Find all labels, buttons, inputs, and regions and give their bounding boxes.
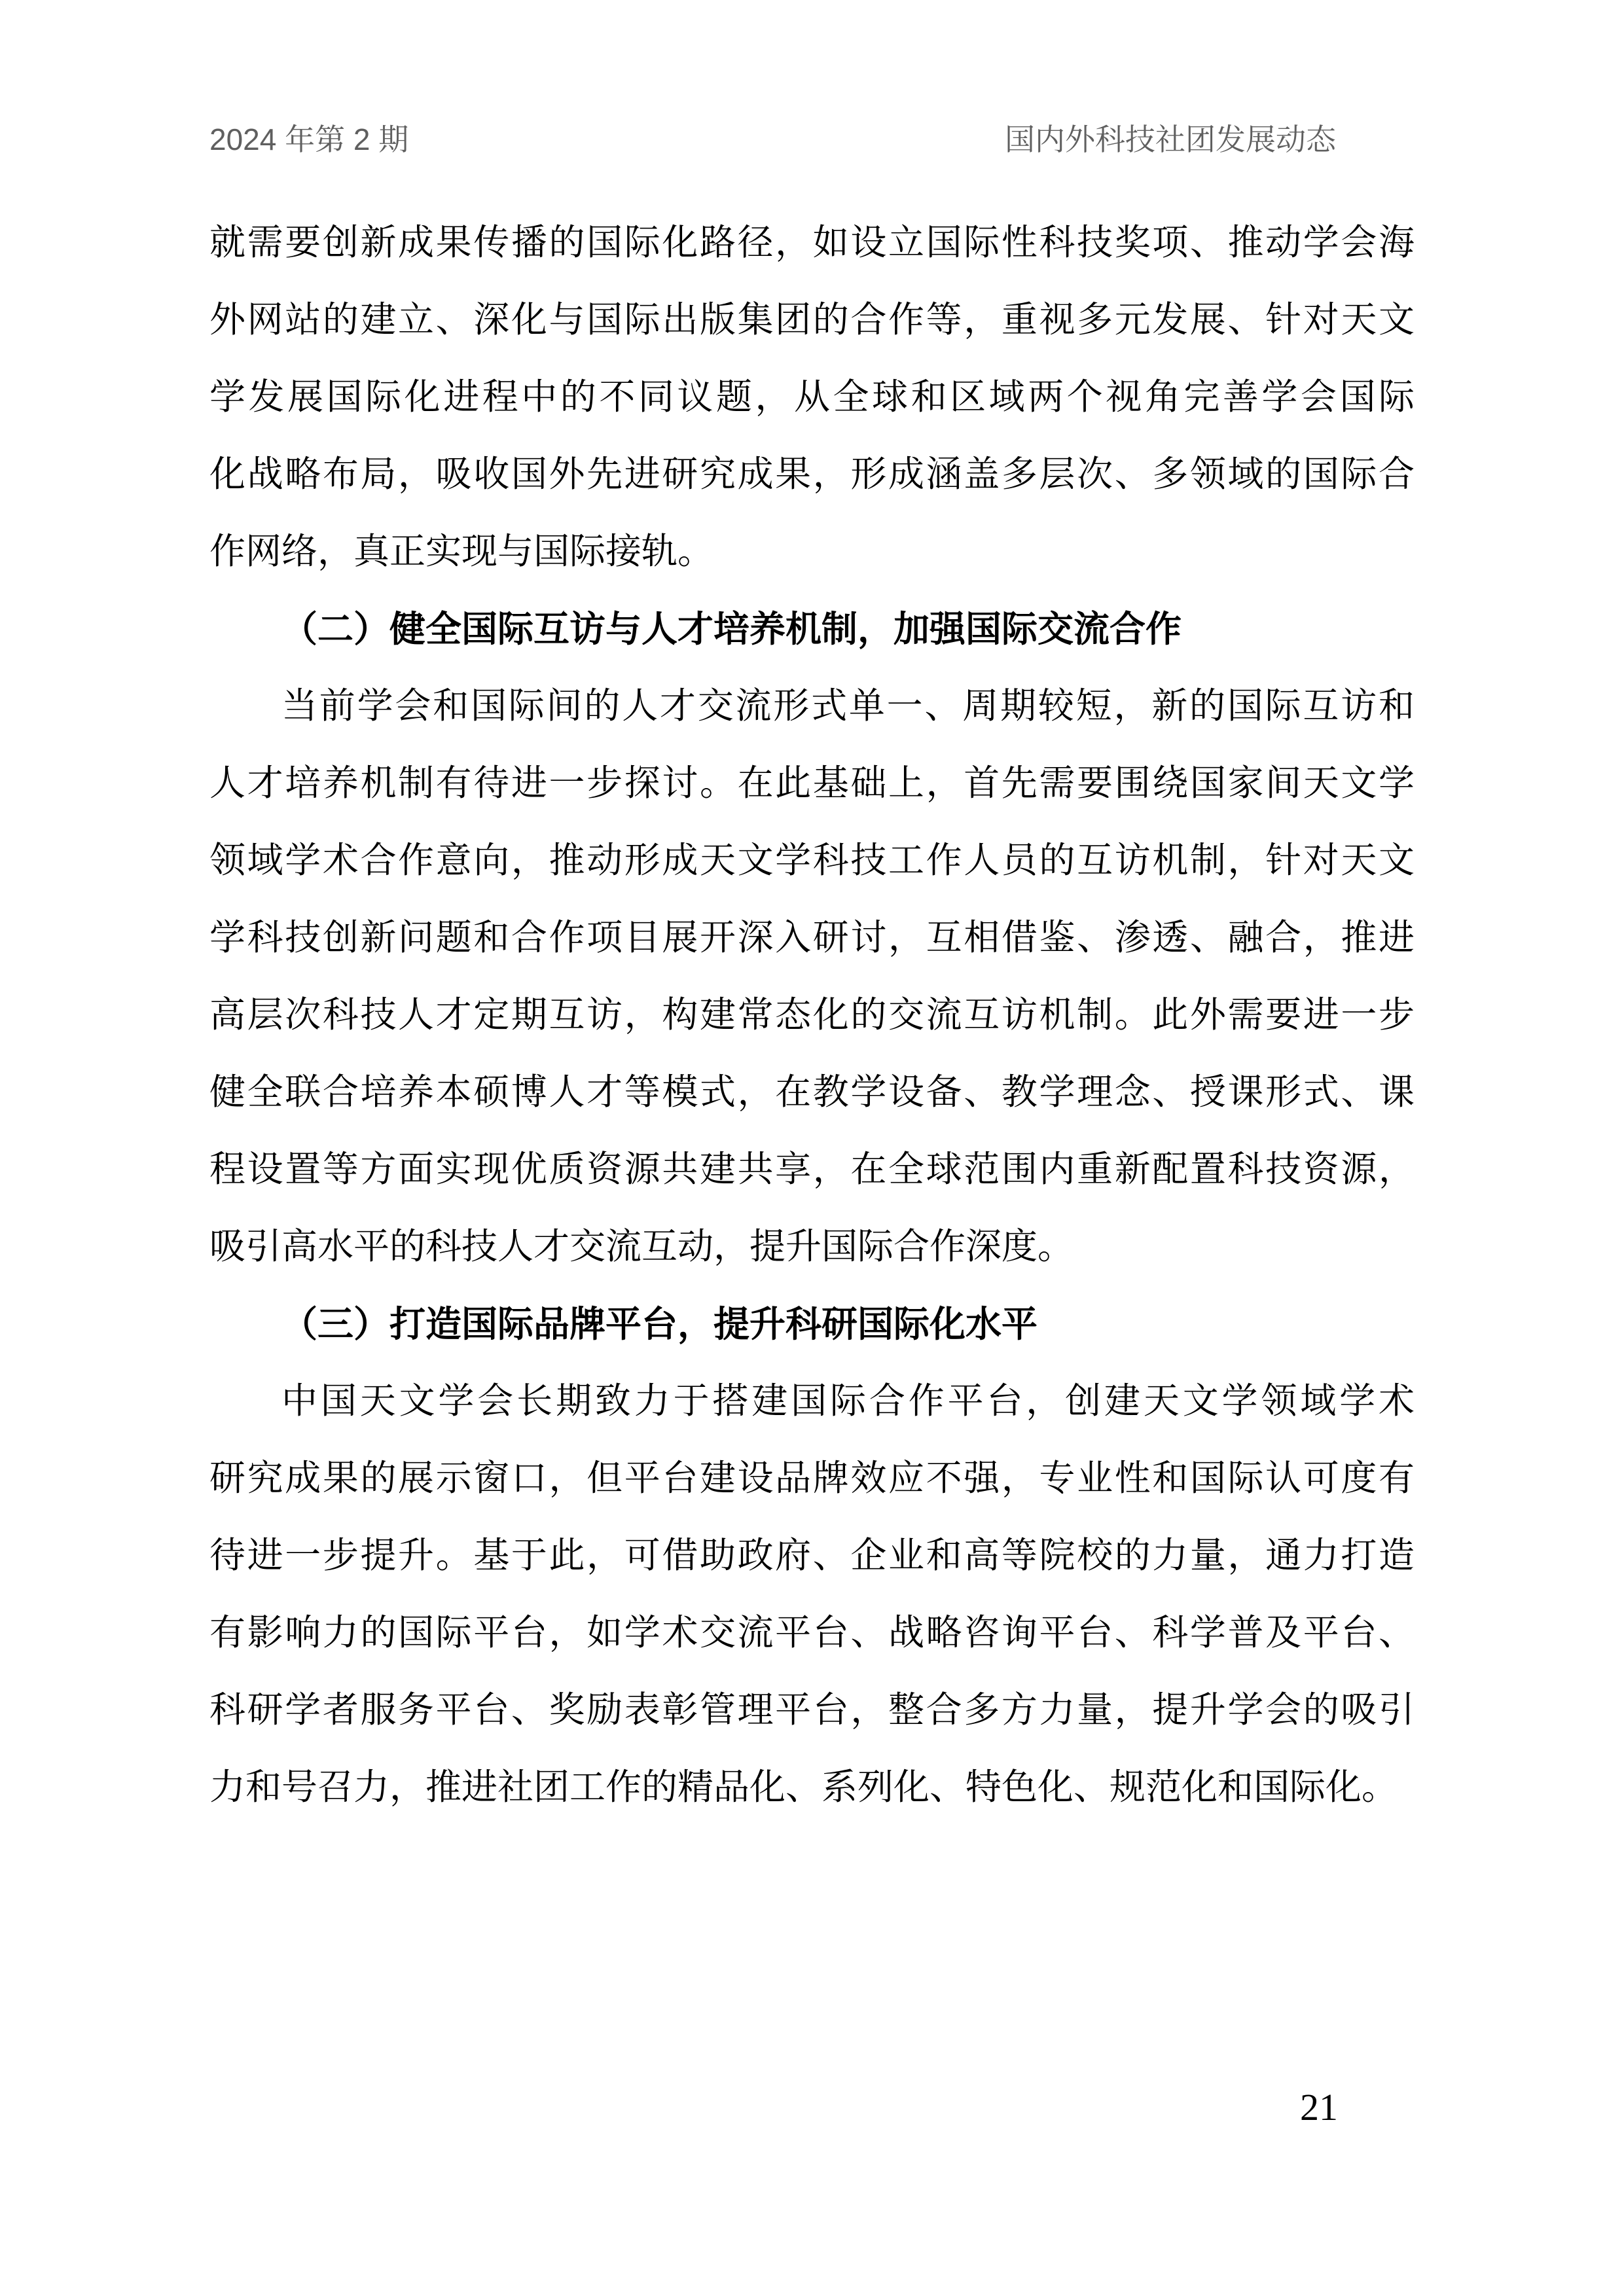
- document-page: 2024 年第 2 期 国内外科技社团发展动态 就需要创新成果传播的国际化路径，…: [0, 0, 1624, 2296]
- text-line: 就需要创新成果传播的国际化路径，如设立国际性科技奖项、推动学会海: [209, 204, 1415, 281]
- header-issue-label: 2024 年第 2 期: [209, 122, 408, 158]
- text-line: 化战略布局，吸收国外先进研究成果，形成涵盖多层次、多领域的国际合: [209, 436, 1415, 513]
- text-line: 学发展国际化进程中的不同议题，从全球和区域两个视角完善学会国际: [209, 359, 1415, 436]
- text-line: 有影响力的国际平台，如学术交流平台、战略咨询平台、科学普及平台、: [209, 1594, 1415, 1672]
- text-line: 力和号召力，推进社团工作的精品化、系列化、特色化、规范化和国际化。: [209, 1749, 1415, 1826]
- text-line: 作网络，真正实现与国际接轨。: [209, 513, 1415, 590]
- text-line: 中国天文学会长期致力于搭建国际合作平台，创建天文学领域学术: [209, 1363, 1415, 1440]
- text-line: 人才培养机制有待进一步探讨。在此基础上，首先需要围绕国家间天文学: [209, 745, 1415, 822]
- text-line: 程设置等方面实现优质资源共建共享，在全球范围内重新配置科技资源，: [209, 1131, 1415, 1208]
- text-line: 健全联合培养本硕博人才等模式，在教学设备、教学理念、授课形式、课: [209, 1054, 1415, 1131]
- text-line: 吸引高水平的科技人才交流互动，提升国际合作深度。: [209, 1208, 1415, 1285]
- text-line: 学科技创新问题和合作项目展开深入研讨，互相借鉴、渗透、融合，推进: [209, 899, 1415, 977]
- text-line: 外网站的建立、深化与国际出版集团的合作等，重视多元发展、针对天文: [209, 281, 1415, 359]
- text-line: 待进一步提升。基于此，可借助政府、企业和高等院校的力量，通力打造: [209, 1517, 1415, 1594]
- section-heading: （二）健全国际互访与人才培养机制，加强国际交流合作: [209, 590, 1415, 668]
- document-body: 就需要创新成果传播的国际化路径，如设立国际性科技奖项、推动学会海外网站的建立、深…: [209, 204, 1415, 1826]
- header-publication-title: 国内外科技社团发展动态: [1005, 122, 1336, 158]
- running-header: 2024 年第 2 期 国内外科技社团发展动态: [209, 122, 1415, 158]
- text-line: 科研学者服务平台、奖励表彰管理平台，整合多方力量，提升学会的吸引: [209, 1672, 1415, 1749]
- text-line: 高层次科技人才定期互访，构建常态化的交流互访机制。此外需要进一步: [209, 977, 1415, 1054]
- text-line: 领域学术合作意向，推动形成天文学科技工作人员的互访机制，针对天文: [209, 822, 1415, 899]
- section-heading: （三）打造国际品牌平台，提升科研国际化水平: [209, 1285, 1415, 1363]
- text-line: 当前学会和国际间的人才交流形式单一、周期较短，新的国际互访和: [209, 668, 1415, 745]
- page-number: 21: [1300, 2087, 1338, 2128]
- text-line: 研究成果的展示窗口，但平台建设品牌效应不强，专业性和国际认可度有: [209, 1440, 1415, 1517]
